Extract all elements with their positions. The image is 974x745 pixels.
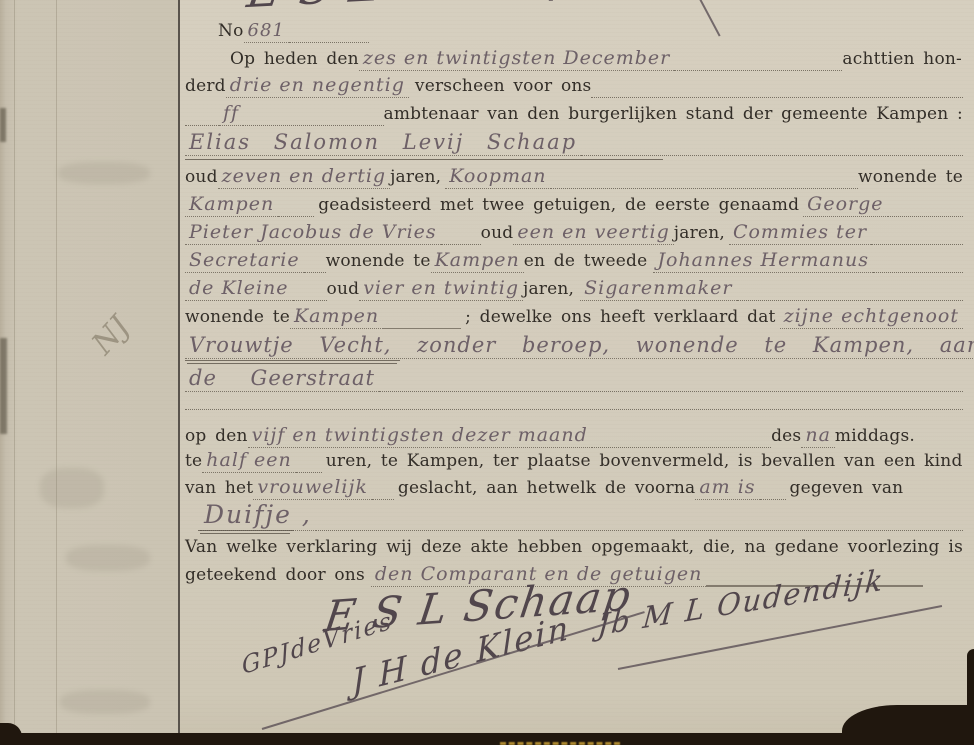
printed-text: wonende te [185,307,290,327]
register-page-scan: NJ E S L Schaap No 681 Op heden den zes … [0,0,974,745]
dotted-leader [441,240,481,245]
dotted-leader [871,240,963,245]
handwritten-age: vier en twintig [359,277,523,301]
handwritten-residence: Kampen [290,305,383,329]
printed-text: Van welke verklaring wij deze akte hebbe… [185,537,963,557]
handwritten-street: de Geerstraat [185,366,379,392]
form-line [185,396,963,410]
form-line: derd drie en negentig verscheen voor ons [185,74,963,98]
dotted-leader [289,38,369,43]
handwritten-dash [383,324,461,329]
dotted-leader [296,468,322,473]
dotted-leader [243,121,383,126]
printed-text: geadsisteerd met twee getuigen, de eerst… [318,195,799,215]
printed-text: ambtenaar van den burgerlijken stand der… [384,104,963,124]
printed-text: middags. [835,426,915,446]
form-line: oud zeven en dertig jaren, Koopman wonen… [185,165,963,189]
dotted-leader [737,296,964,301]
page-corner-dark [842,705,974,737]
printed-text: te [185,451,202,471]
form-line: Kampen geadsisteerd met twee getuigen, d… [185,193,963,217]
underline [200,533,290,534]
printed-text: achttien hon- [842,49,962,69]
underline [198,530,294,531]
printed-text: jaren, [523,279,574,299]
dotted-leader [888,212,963,217]
printed-text: op den [185,426,248,446]
form-line: ff ambtenaar van den burgerlijken stand … [185,102,963,126]
dotted-leader [379,387,963,392]
page-edge-dark [967,649,974,745]
handwritten-text: na [801,424,835,448]
handwritten-occupation: Secretarie [185,249,304,273]
handwritten-age: een en veertig [513,221,673,245]
printed-text: des [771,426,801,446]
printed-text: oud [185,167,218,187]
handwritten-declarant-name: Elias Salomon Levij Schaap [185,130,581,156]
form-line: de Kleine oud vier en twintig jaren, Sig… [185,277,963,301]
form-line: Duifje , [200,500,963,531]
printed-text: gegeven van [790,478,904,498]
handwritten-occupation: Sigarenmaker [580,277,736,301]
form-line: Van welke verklaring wij deze akte hebbe… [185,537,963,557]
underline [185,360,400,361]
dotted-leader [316,526,963,531]
act-number: No 681 [218,20,398,43]
printed-text: ; dewelke ons heeft verklaard dat [465,307,775,327]
printed-text: en de tweede [524,251,648,271]
dotted-leader [304,268,326,273]
dotted-leader [293,296,327,301]
dotted-leader [592,443,771,448]
underline [185,159,663,160]
handwritten-witness2-name: de Kleine [185,277,293,301]
form-line: Elias Salomon Levij Schaap [185,130,963,156]
handwritten-occupation: Commies ter [729,221,871,245]
act-number-label: No [218,21,244,41]
form-line: Pieter Jacobus de Vries oud een en veert… [185,221,963,245]
form-line: Vrouwtje Vecht, zonder beroep, wonende t… [185,333,963,359]
dotted-leader [674,66,842,71]
printed-text: wonende te [326,251,431,271]
handwritten-witness1-name: Pieter Jacobus de Vries [185,221,441,245]
dotted-leader [873,268,963,273]
ink-showthrough [58,162,150,184]
printed-text: geslacht, aan hetwelk de voorna [398,478,695,498]
act-number-value: 681 [244,20,289,43]
scan-edge-mark [0,108,6,142]
handwritten-date: zes en twintigsten December [359,47,674,71]
handwritten-witness2-name: Johannes Hermanus [653,249,873,273]
paper-crease [14,0,15,745]
scan-edge-mark [0,338,7,434]
printed-text: verscheen voor ons [415,76,592,96]
handwritten-witness1-name: George [803,193,887,217]
form-line: wonende te Kampen ; dewelke ons heeft ve… [185,305,963,329]
printed-text: jaren, [674,223,725,243]
form-line: de Geerstraat [185,366,963,392]
dotted-leader [591,93,963,98]
handwritten-mother-name: Vrouwtje Vecht, zonder beroep, wonende t… [185,333,974,359]
scan-bottom-edge [0,733,974,745]
handwritten-occupation: Koopman [445,165,550,189]
form-line: van het vrouwelijk geslacht, aan hetwelk… [185,476,963,500]
printed-text: derd [185,76,226,96]
dotted-leader [278,212,314,217]
margin-rule-line [178,0,180,734]
printed-text: Op heden den [230,49,359,69]
form-line: Secretarie wonende te Kampen en de tweed… [185,249,963,273]
handwritten-birth-date: vijf en twintigsten dezer maand [248,424,592,448]
ink-showthrough [66,545,150,571]
printed-text: oud [481,223,514,243]
handwritten-residence: Kampen [431,249,524,273]
handwritten-paraph: ff [219,102,243,126]
handwritten-residence: Kampen [185,193,278,217]
handwritten-text: am is [695,476,759,500]
ink-showthrough [60,690,150,714]
printed-text: jaren, [390,167,441,187]
printed-text: uren, te Kampen, ter plaatse bovenvermel… [326,451,963,471]
handwritten-year: drie en negentig [226,74,409,98]
underline [187,363,397,364]
printed-text: oud [327,279,360,299]
ink-showthrough [40,468,104,508]
handwritten-age: zeven en dertig [218,165,390,189]
handwritten-sex: vrouwelijk [253,476,372,500]
dotted-leader [185,121,219,126]
paper-crease [56,0,57,745]
form-line: te half een uren, te Kampen, ter plaatse… [185,449,963,473]
dotted-leader [581,151,963,156]
film-frame-marking [500,737,620,745]
form-line: Op heden den zes en twintigsten December… [230,47,962,71]
handwritten-child-name: Duifje , [200,500,316,531]
previous-page-edge [0,0,180,745]
printed-text: van het [185,478,253,498]
printed-text: geteekend door ons [185,565,365,585]
handwritten-birth-time: half een [202,449,295,473]
handwritten-text: zijne echtgenoot [780,305,963,329]
dotted-leader [185,405,963,410]
form-line: op den vijf en twintigsten dezer maand d… [185,424,915,448]
printed-text: wonende te [858,167,963,187]
dotted-leader [551,184,858,189]
